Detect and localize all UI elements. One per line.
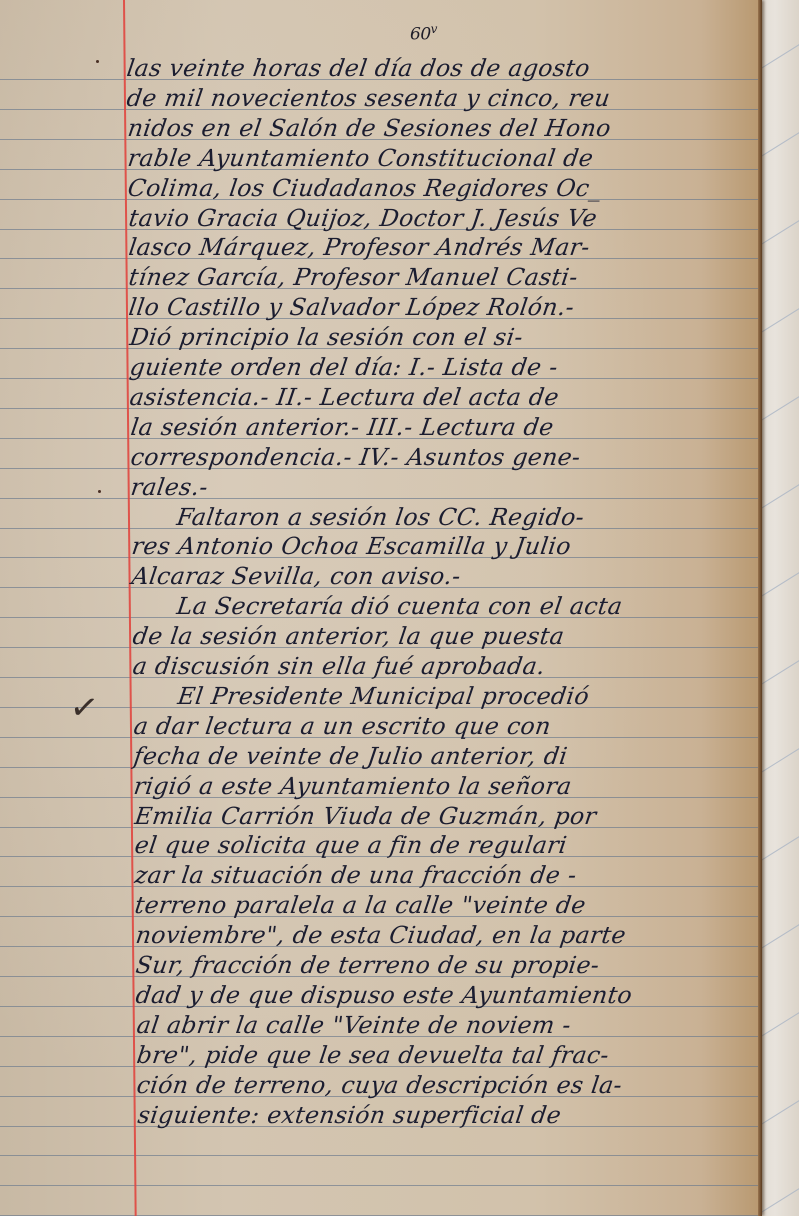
handwritten-line: Alcaraz Sevilla, con aviso.- (130, 561, 759, 591)
handwritten-line: noviembre", de esta Ciudad, en la parte (134, 920, 762, 950)
handwritten-line: Dió principio la sesión con el si- (128, 322, 757, 352)
handwritten-line: siguiente: extensión superficial de (135, 1100, 762, 1130)
handwritten-line: de mil novecientos sesenta y cinco, reu (125, 83, 754, 113)
ruled-line (0, 1185, 762, 1186)
handwritten-line: zar la situación de una fracción de - (133, 860, 762, 890)
handwritten-line: tavio Gracia Quijoz, Doctor J. Jesús Ve (126, 203, 755, 233)
handwritten-line: correspondencia.- IV.- Asuntos gene- (129, 442, 758, 472)
handwritten-line: Faltaron a sesión los CC. Regido- (129, 502, 758, 532)
check-mark-icon: ✓ (67, 686, 101, 730)
ledger-page: 60v ✓ las veinte horas del día dos de ag… (0, 0, 762, 1216)
handwritten-line: terreno paralela a la calle "veinte de (133, 890, 762, 920)
ink-dot (96, 60, 99, 63)
handwritten-line: el que solicita que a fin de regulari (133, 830, 762, 860)
handwritten-line: de la sesión anterior, la que puesta (131, 621, 760, 651)
handwritten-line: bre", pide que le sea devuelta tal frac- (135, 1040, 762, 1070)
handwritten-line: guiente orden del día: I.- Lista de - (128, 352, 757, 382)
handwritten-line: nidos en el Salón de Sesiones del Hono (125, 113, 754, 143)
handwritten-line: dad y de que dispuso este Ayuntamiento (134, 980, 762, 1010)
ink-dot (98, 490, 101, 493)
handwritten-line: Colima, los Ciudadanos Regidores Oc_ (126, 173, 755, 203)
handwritten-line: rales.- (129, 472, 758, 502)
folio-number: 60v (410, 22, 437, 45)
folio-verso-mark: v (431, 22, 437, 36)
handwritten-line: Emilia Carrión Viuda de Guzmán, por (132, 801, 761, 831)
handwritten-line: las veinte horas del día dos de agosto (125, 53, 754, 83)
folio-number-value: 60 (410, 25, 431, 45)
handwritten-line: al abrir la calle "Veinte de noviem - (134, 1010, 762, 1040)
handwritten-line: tínez García, Profesor Manuel Casti- (127, 262, 756, 292)
handwritten-line: Sur, fracción de terreno de su propie- (134, 950, 762, 980)
handwritten-line: res Antonio Ochoa Escamilla y Julio (130, 531, 759, 561)
scanned-ledger-scene: 60v ✓ las veinte horas del día dos de ag… (0, 0, 799, 1216)
handwritten-line: lasco Márquez, Profesor Andrés Mar- (127, 232, 756, 262)
handwritten-line: llo Castillo y Salvador López Rolón.- (127, 292, 756, 322)
handwritten-line: ción de terreno, cuya descripción es la- (135, 1070, 762, 1100)
handwritten-line: rigió a este Ayuntamiento la señora (132, 771, 761, 801)
handwritten-line: fecha de veinte de Julio anterior, di (132, 741, 761, 771)
handwritten-line: a discusión sin ella fué aprobada. (131, 651, 760, 681)
handwritten-line: a dar lectura a un escrito que con (131, 711, 760, 741)
handwritten-line: rable Ayuntamiento Constitucional de (126, 143, 755, 173)
ruled-line (0, 1155, 762, 1156)
handwritten-line: La Secretaría dió cuenta con el acta (130, 591, 759, 621)
handwritten-line: El Presidente Municipal procedió (131, 681, 760, 711)
handwritten-line: la sesión anterior.- III.- Lectura de (128, 412, 757, 442)
handwritten-line: asistencia.- II.- Lectura del acta de (128, 382, 757, 412)
